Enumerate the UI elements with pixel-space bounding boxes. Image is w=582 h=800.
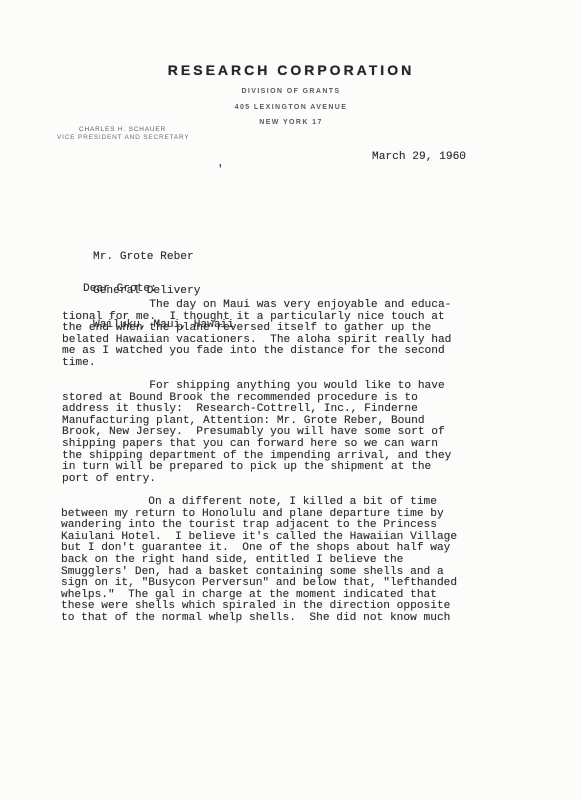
recipient-name: Mr. Grote Reber	[93, 252, 234, 263]
body-paragraph-2: For shipping anything you would like to …	[62, 381, 451, 485]
stray-mark: '	[217, 165, 224, 177]
letterhead: RESEARCH CORPORATION DIVISION OF GRANTS …	[0, 62, 582, 128]
officer-title: VICE PRESIDENT AND SECRETARY	[57, 134, 190, 142]
date-line: March 29, 1960	[372, 152, 466, 164]
salutation: Dear Grote:	[83, 284, 157, 296]
officer-block: CHARLES H. SCHAUER VICE PRESIDENT AND SE…	[57, 126, 190, 142]
letter-page: RESEARCH CORPORATION DIVISION OF GRANTS …	[0, 0, 582, 800]
officer-name: CHARLES H. SCHAUER	[57, 126, 190, 134]
body-paragraph-3: On a different note, I killed a bit of t…	[61, 497, 457, 625]
company-name: RESEARCH CORPORATION	[0, 62, 582, 78]
body-paragraph-1: The day on Maui was very enjoyable and e…	[62, 300, 451, 370]
division-line: DIVISION OF GRANTS	[0, 86, 582, 97]
street-address-line: 405 LEXINGTON AVENUE	[0, 102, 582, 113]
